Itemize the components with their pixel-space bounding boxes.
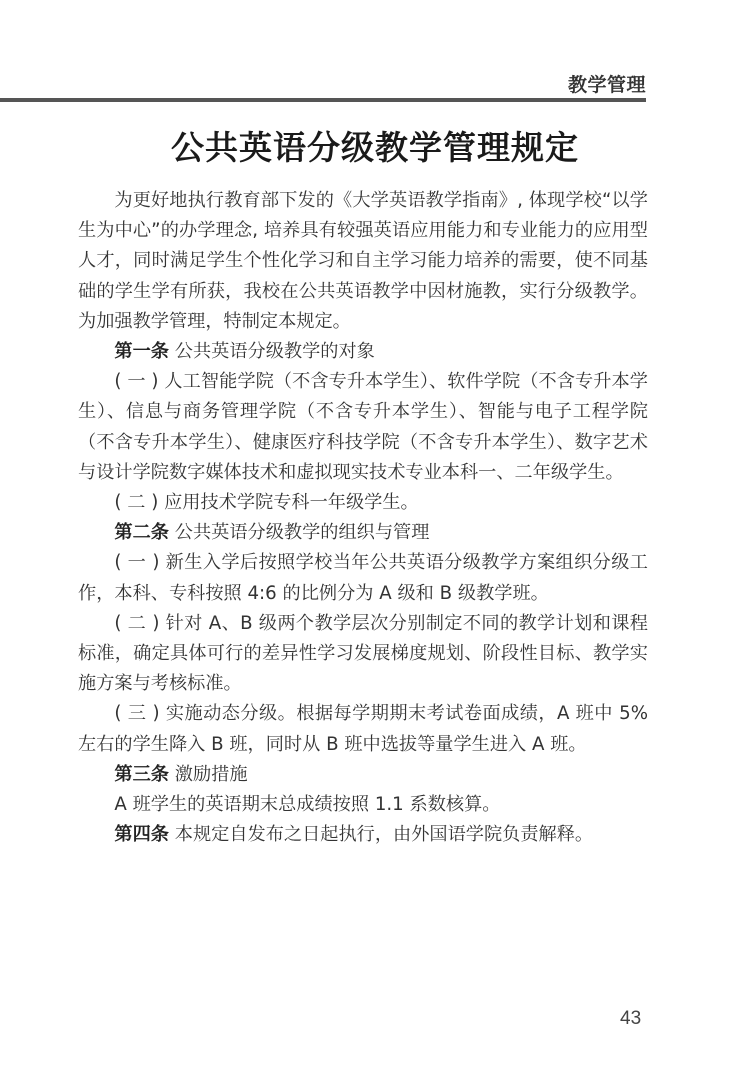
article-label: 第二条 [114, 522, 169, 543]
article-2-item-2: ( 二 ) 针对 A、B 级两个教学层次分别制定不同的教学计划和课程 标准，确定… [78, 609, 648, 700]
article-1-heading: 第一条 公共英语分级教学的对象 [78, 337, 648, 367]
article-label: 第四条 [114, 824, 169, 845]
article-label: 第一条 [114, 341, 169, 362]
article-2-heading: 第二条 公共英语分级教学的组织与管理 [78, 518, 648, 548]
page-number: 43 [620, 1008, 641, 1030]
article-3-heading: 第三条 激励措施 [78, 760, 648, 790]
article-heading-text: 本规定自发布之日起执行，由外国语学院负责解释。 [175, 824, 593, 845]
header-rule [0, 98, 646, 102]
article-2-item-3: ( 三 ) 实施动态分级。根据每学期期末考试卷面成绩，A 班中 5% 左右的学生… [78, 699, 648, 759]
article-3-item-1: A 班学生的英语期末总成绩按照 1.1 系数核算。 [78, 790, 648, 820]
article-1-item-2: ( 二 ) 应用技术学院专科一年级学生。 [78, 488, 648, 518]
article-heading-text: 激励措施 [175, 764, 248, 785]
article-heading-text: 公共英语分级教学的对象 [175, 341, 375, 362]
document-body: 为更好地执行教育部下发的《大学英语教学指南》, 体现学校“以学生为中心”的办学理… [78, 186, 648, 850]
article-2-item-1: ( 一 ) 新生入学后按照学校当年公共英语分级教学方案组织分级工作，本科、专科按… [78, 548, 648, 608]
intro-paragraph: 为更好地执行教育部下发的《大学英语教学指南》, 体现学校“以学生为中心”的办学理… [78, 186, 648, 337]
article-4-heading: 第四条 本规定自发布之日起执行，由外国语学院负责解释。 [78, 820, 648, 850]
page-title: 公共英语分级教学管理规定 [0, 122, 750, 169]
running-head: 教学管理 [568, 70, 646, 97]
article-heading-text: 公共英语分级教学的组织与管理 [175, 522, 430, 543]
article-1-item-1: ( 一 ) 人工智能学院（不含专升本学生）、软件学院（不含专升本学生）、信息与商… [78, 367, 648, 488]
article-label: 第三条 [114, 764, 169, 785]
